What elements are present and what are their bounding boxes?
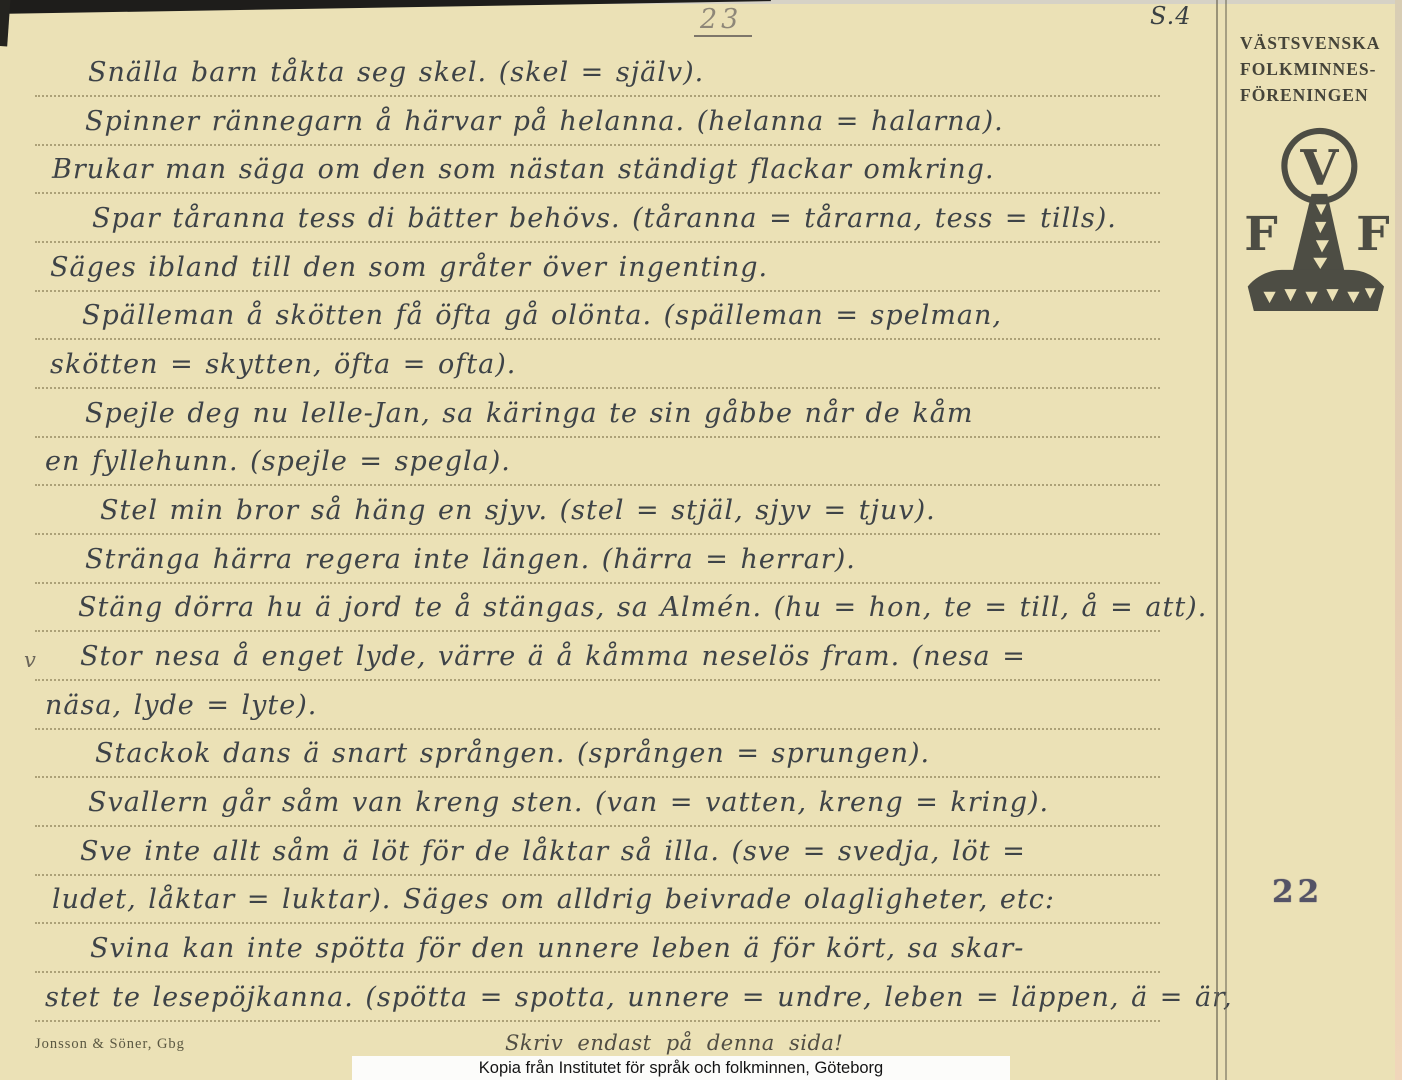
manuscript-line: Snälla barn tåkta seg skel. (skel = själ… — [88, 52, 704, 94]
ruled-line — [35, 874, 1160, 876]
manuscript-line: Stäng dörra hu ä jord te å stängas, sa A… — [78, 587, 1207, 629]
logo-letter-f-left: F — [1244, 207, 1277, 262]
ruled-line — [35, 533, 1160, 535]
manuscript-line: Svina kan inte spötta för den unnere leb… — [90, 928, 1024, 970]
ruled-line — [35, 436, 1160, 438]
sidebar-divider-line — [1225, 0, 1227, 1080]
ruled-line — [35, 922, 1160, 924]
organization-name-line: VÄSTSVENSKA — [1240, 30, 1398, 56]
ruled-line — [35, 95, 1160, 97]
scanned-manuscript-page: 23 S.4 v Snälla barn tåkta seg skel. (sk… — [0, 0, 1402, 1080]
manuscript-line: Spejle deg nu lelle-Jan, sa käringa te s… — [85, 393, 973, 435]
manuscript-line: stet te lesepöjkanna. (spötta = spotta, … — [45, 977, 1233, 1019]
ruled-line — [35, 630, 1160, 632]
ruled-line — [35, 192, 1160, 194]
ink-page-number: S.4 — [1150, 2, 1191, 30]
print-instruction: Skriv endast på denna sida! — [505, 1031, 843, 1055]
printer-mark: Jonsson & Söner, Gbg — [35, 1036, 185, 1053]
ruled-line — [35, 825, 1160, 827]
ruled-line — [35, 144, 1160, 146]
ruled-line — [35, 387, 1160, 389]
manuscript-line: Stor nesa å enget lyde, värre ä å kåmma … — [80, 636, 1026, 678]
margin-check-mark: v — [24, 648, 36, 672]
organization-name-line: FÖRENINGEN — [1240, 82, 1398, 108]
scan-shadow-top — [0, 0, 771, 14]
manuscript-line: Spar tåranna tess di bätter behövs. (tår… — [92, 198, 1117, 240]
manuscript-line: Spinner rännegarn å härvar på helanna. (… — [85, 101, 1004, 143]
scan-shadow-left — [0, 0, 11, 46]
logo-letter-f-right: F — [1356, 207, 1389, 262]
ruled-line — [35, 971, 1160, 973]
manuscript-line: ludet, låktar = luktar). Säges om alldri… — [52, 879, 1055, 921]
ruled-line — [35, 776, 1160, 778]
manuscript-line: Spälleman å skötten få öfta gå olönta. (… — [82, 295, 1002, 337]
logo-letter-v: V — [1299, 138, 1339, 196]
manuscript-line: Stel min bror så häng en sjyv. (stel = s… — [100, 490, 936, 532]
manuscript-line: näsa, lyde = lyte). — [45, 685, 317, 727]
organization-name: VÄSTSVENSKA FOLKMINNES- FÖRENINGEN — [1240, 30, 1398, 108]
archive-number-stamp: 22 — [1272, 874, 1323, 910]
ruled-line — [35, 582, 1160, 584]
ruled-line — [35, 241, 1160, 243]
manuscript-line: skötten = skytten, öfta = ofta). — [50, 344, 516, 386]
copy-notice-strip: Kopia från Institutet för språk och folk… — [352, 1056, 1010, 1080]
manuscript-line: Svallern går såm van kreng sten. (van = … — [88, 782, 1049, 824]
pencil-page-number: 23 — [694, 4, 752, 37]
copy-notice-text: Kopia från Institutet för språk och folk… — [479, 1059, 883, 1078]
organization-name-line: FOLKMINNES- — [1240, 56, 1398, 82]
manuscript-line: Sve inte allt såm ä löt för de låktar så… — [80, 831, 1026, 873]
ruled-line — [35, 1020, 1160, 1022]
manuscript-line: Säges ibland till den som gråter över in… — [50, 247, 768, 289]
ruled-line — [35, 484, 1160, 486]
ruled-line — [35, 338, 1160, 340]
sidebar-divider-line — [1216, 0, 1218, 1080]
manuscript-line: Brukar man säga om den som nästan ständi… — [52, 149, 995, 191]
vff-mjolnir-logo-icon: V F F — [1232, 108, 1398, 334]
manuscript-line: Stränga härra regera inte längen. (härra… — [85, 539, 856, 581]
manuscript-line: en fyllehunn. (spejle = spegla). — [45, 441, 511, 483]
ruled-line — [35, 290, 1160, 292]
ruled-line — [35, 679, 1160, 681]
ruled-line — [35, 728, 1160, 730]
manuscript-line: Stackok dans ä snart sprången. (sprången… — [95, 733, 930, 775]
